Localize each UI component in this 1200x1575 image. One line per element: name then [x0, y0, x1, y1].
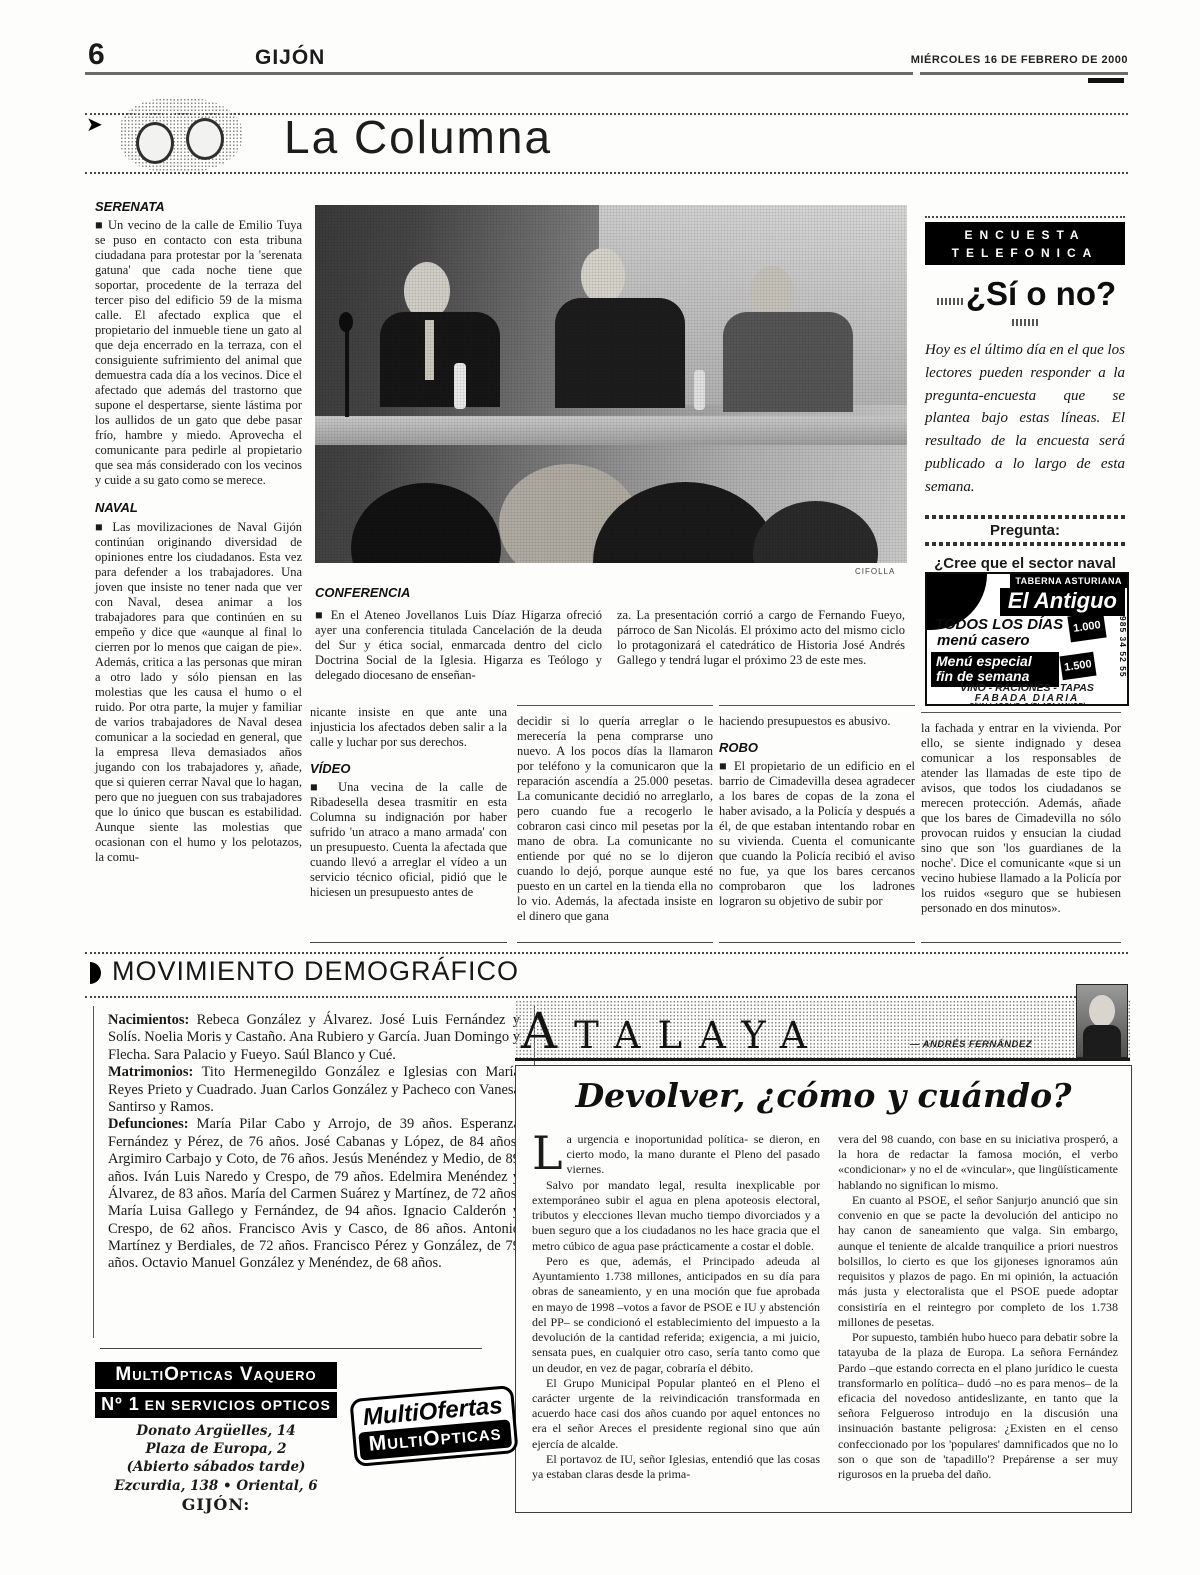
- col2-bottom-rule: [517, 942, 713, 943]
- defunciones-text: María Pilar Cabo y Arrojo, de 39 años. E…: [108, 1116, 520, 1271]
- section-title: GIJÓN: [255, 46, 325, 70]
- masthead-bottom-rule: [85, 172, 1128, 174]
- column-robo: haciendo presupuestos es abusivo. ROBO ■…: [719, 705, 915, 909]
- encuesta-title: ¿Sí o no?: [966, 275, 1116, 312]
- multiopticas-address-2: Plaza de Europa, 2: [95, 1440, 337, 1458]
- video-text: ■ Una vecina de la calle de Ribadesella …: [310, 780, 507, 900]
- multiopticas-vaquero-ad: MultiOpticas Vaquero Nº 1 EN SERVICIOS O…: [95, 1362, 337, 1514]
- drop-cap: L: [532, 1132, 567, 1173]
- pregunta-rule-top: [925, 515, 1125, 519]
- pregunta-label: Pregunta:: [925, 522, 1125, 539]
- atalaya-c2-p1: vera del 98 cuando, con base en su inici…: [838, 1132, 1118, 1193]
- flourish-left: [937, 298, 963, 305]
- la-columna-mask-icon: [120, 98, 242, 172]
- demografico-bottom-rule: [85, 996, 1128, 998]
- atalaya-byline: — ANDRÉS FERNÁNDEZ: [910, 1039, 1032, 1050]
- demografico-title: MOVIMIENTO DEMOGRÁFICO: [112, 956, 519, 987]
- antiguo-name: El Antiguo: [1000, 588, 1125, 616]
- page-number: 6: [88, 38, 105, 72]
- atalaya-column-1: La urgencia e inoportunidad política- se…: [532, 1132, 820, 1482]
- multiopticas-number-one: Nº 1: [101, 1394, 140, 1414]
- encuesta-kicker: ENCUESTA TELEFONICA: [925, 222, 1125, 265]
- col4-bottom-rule: [921, 942, 1121, 943]
- encuesta-kicker-line1: ENCUESTA: [925, 226, 1125, 244]
- multiopticas-address-1: Donato Argüelles, 14: [95, 1422, 337, 1440]
- mask-eye-left: [136, 122, 174, 164]
- matrimonios-label: Matrimonios:: [108, 1064, 193, 1080]
- multiopticas-claim-text: EN SERVICIOS OPTICOS: [145, 1397, 331, 1413]
- naval-text: ■ Las movilizaciones de Naval Gijón cont…: [95, 520, 302, 865]
- multiofertas-stamp: MultiOfertas MultiOpticas: [349, 1385, 518, 1467]
- robo-lead: haciendo presupuestos es abusivo.: [719, 714, 915, 729]
- naval-kicker: NAVAL: [95, 501, 302, 515]
- col1-bottom-rule: [310, 942, 507, 943]
- antiguo-line1: TODOS LOS DÍAS: [935, 616, 1063, 633]
- masthead-arrow-icon: ➤: [86, 112, 103, 137]
- antiguo-price-1500: 1.500: [1059, 652, 1096, 680]
- multiopticas-claim: Nº 1 EN SERVICIOS OPTICOS: [95, 1392, 337, 1418]
- conferencia-kicker: CONFERENCIA: [315, 586, 410, 600]
- robo-kicker: ROBO: [719, 741, 915, 755]
- header-rule-left: [85, 72, 913, 75]
- multiopticas-address-3: (Abierto sábados tarde): [95, 1458, 337, 1476]
- serenata-kicker: SERENATA: [95, 200, 302, 214]
- columnist-portrait: [1076, 984, 1128, 1058]
- conferencia-col1: ■ En el Ateneo Jovellanos Luis Díaz Higa…: [315, 608, 602, 683]
- antiguo-phone: 985 34 52 55: [1118, 616, 1128, 678]
- atalaya-c1-p1: a urgencia e inoportunidad política- se …: [567, 1132, 820, 1176]
- demografico-body: Nacimientos: Rebeca González y Álvarez. …: [93, 1006, 535, 1338]
- masthead-top-rule: [85, 113, 1128, 115]
- newspaper-page: 6 GIJÓN MIÉRCOLES 16 DE FEBRERO DE 2000 …: [0, 0, 1200, 1575]
- encuesta-top-rule: [925, 216, 1125, 218]
- demografico-top-rule: [85, 952, 1128, 954]
- multiopticas-name: MultiOpticas Vaquero: [95, 1362, 337, 1389]
- encuesta-title-row: ¿Sí o no?: [925, 275, 1125, 331]
- conferencia-col2: za. La presentación corrió a cargo de Fe…: [617, 608, 905, 668]
- atalaya-column-2: vera del 98 cuando, con base en su inici…: [838, 1132, 1118, 1482]
- flourish-right: [1012, 319, 1038, 326]
- robo-continuation: la fachada y entrar en la vivienda. Por …: [921, 721, 1121, 916]
- column-video-cont: decidir si lo quería arreglar o le merec…: [517, 705, 713, 924]
- portrait-face: [1089, 995, 1115, 1027]
- encuesta-kicker-line2: TELEFONICA: [925, 244, 1125, 262]
- atalaya-c1-p3: Pero es que, además, el Principado adeud…: [532, 1254, 820, 1376]
- nacimientos-label: Nacimientos:: [108, 1012, 189, 1028]
- serenata-text: ■ Un vecino de la calle de Emilio Tuya s…: [95, 218, 302, 488]
- atalaya-title: ATALAYA: [521, 1002, 824, 1060]
- antiguo-address: C/VALLADOLID, 2 (PLAZA MAYOR): [927, 703, 1127, 706]
- header-ink-mark: [1088, 78, 1124, 83]
- photo-credit: CIFOLLA: [855, 567, 895, 576]
- multiopticas-city: GIJÓN:: [95, 1495, 337, 1514]
- photo-halftone-grain: [315, 205, 907, 563]
- column-video-start: nicante insiste en que ante una injustic…: [310, 705, 507, 900]
- section-bullet-icon: [90, 962, 101, 984]
- atalaya-article-box: Devolver, ¿cómo y cuándo? La urgencia e …: [515, 1065, 1132, 1513]
- mask-eye-right: [186, 118, 224, 160]
- multiopticas-address-4: Ezcurdia, 138 • Oriental, 6: [95, 1477, 337, 1495]
- atalaya-c1-p5: El portavoz de IU, señor Iglesias, enten…: [532, 1452, 820, 1482]
- naval-continuation: nicante insiste en que ante una injustic…: [310, 705, 507, 750]
- antiguo-tagline: TABERNA ASTURIANA: [1010, 574, 1127, 588]
- el-antiguo-ad: TABERNA ASTURIANA El Antiguo TODOS LOS D…: [925, 572, 1129, 706]
- col3-bottom-rule: [719, 942, 915, 943]
- masthead-title: La Columna: [284, 110, 552, 164]
- demografico-closing-rule: [100, 1348, 482, 1349]
- atalaya-c2-p2: En cuanto al PSOE, el señor Sanjurjo anu…: [838, 1193, 1118, 1330]
- antiguo-line2: menú casero: [937, 632, 1030, 649]
- atalaya-c1-p4: El Grupo Municipal Popular planteó en el…: [532, 1376, 820, 1452]
- defunciones-label: Defunciones:: [108, 1116, 189, 1132]
- column-robo-cont: la fachada y entrar en la vivienda. Por …: [921, 712, 1121, 916]
- conference-photo: [315, 205, 907, 563]
- robo-text: ■ El propietario de un edificio en el ba…: [719, 759, 915, 909]
- header-rule-right: [920, 72, 1128, 75]
- atalaya-headline: Devolver, ¿cómo y cuándo?: [516, 1076, 1131, 1115]
- encuesta-body: Hoy es el último día en el que los lecto…: [925, 339, 1125, 499]
- atalaya-header-strip: ATALAYA — ANDRÉS FERNÁNDEZ: [515, 1000, 1130, 1061]
- antiguo-price-1000: 1.000: [1067, 612, 1106, 643]
- video-kicker: VÍDEO: [310, 762, 507, 776]
- video-continuation: decidir si lo quería arreglar o le merec…: [517, 714, 713, 924]
- pregunta-rule-bottom: [925, 542, 1125, 546]
- atalaya-c1-p2: Salvo por mandato legal, resulta inexpli…: [532, 1178, 820, 1254]
- atalaya-c2-p3: Por supuesto, también hubo hueco para de…: [838, 1330, 1118, 1482]
- column-serenata-naval: SERENATA ■ Un vecino de la calle de Emil…: [95, 200, 302, 865]
- portrait-shoulders: [1083, 1025, 1121, 1057]
- antiguo-line3: Menú especial: [936, 654, 1054, 669]
- edition-date: MIÉRCOLES 16 DE FEBRERO DE 2000: [911, 54, 1128, 66]
